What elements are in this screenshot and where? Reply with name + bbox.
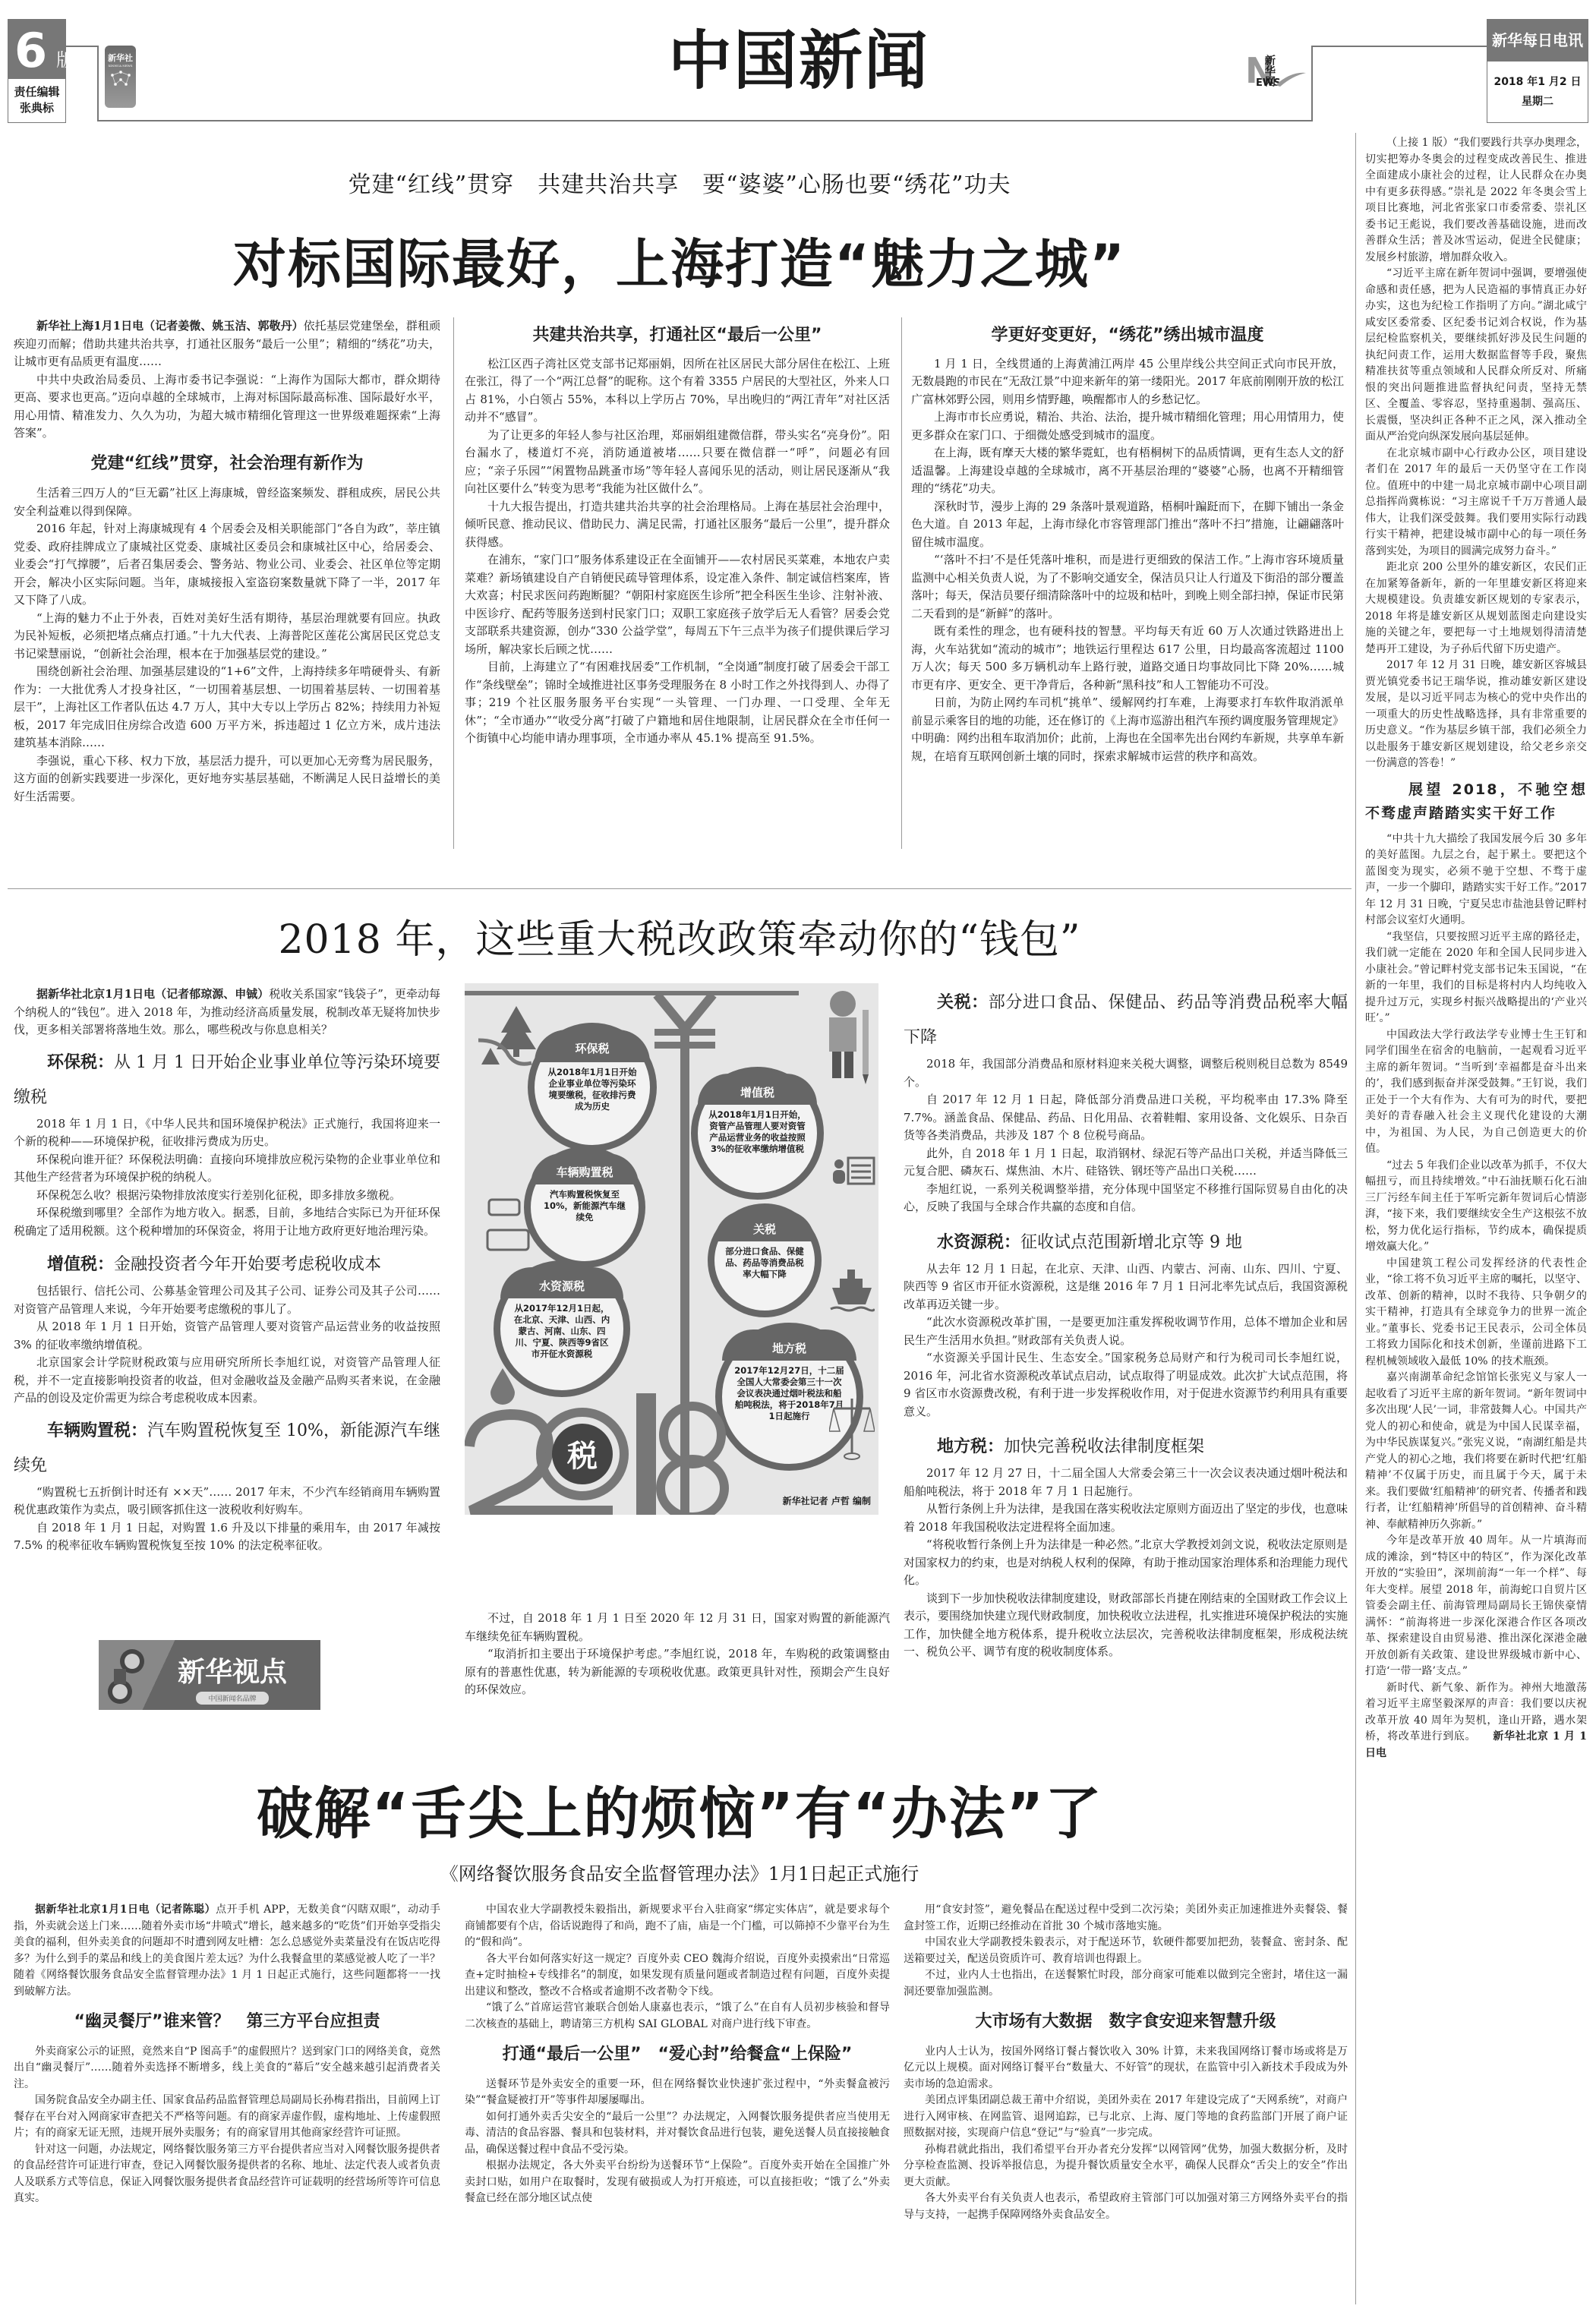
masthead-divider: [66, 46, 98, 47]
xinhua-logo: 新华社 XINHUA NEWS: [105, 46, 136, 108]
svg-text:税: 税: [566, 1438, 598, 1474]
right-column-subhead: 展望 2018，不驰空想不骛虚声踏踏实实干好工作: [1365, 778, 1587, 825]
story1-col1: 新华社上海1月1日电（记者姜微、姚玉洁、郭敬丹）依托基层党建堡垒，群租顽疾迎刃而…: [14, 317, 440, 806]
bubble-tariff: 关税 部分进口食品、保健品、药品等消费品税率大幅下降: [708, 1203, 822, 1317]
dateline: 新华社上海1月1日电（记者姜微、姚玉洁、郭敬丹）: [36, 319, 304, 333]
story3-subhead-1: “幽灵餐厅”谁来管？ 第三方平台应担责: [14, 2014, 440, 2030]
story2-col2: 不过，自 2018 年 1 月 1 日至 2020 年 12 月 31 日，国家…: [465, 1610, 890, 1699]
bubble-env-tax: 环保税 从2018年1月1日开始企业事业单位等污染环境要缴税，征收排污费成为历史: [528, 1023, 657, 1152]
story2-headline: 2018 年，这些重大税改政策牵动你的“钱包”: [0, 907, 1359, 964]
network-icon: [108, 68, 134, 90]
tax-head-local: 地方税：加快完善税收法律制度框架: [904, 1430, 1348, 1465]
binoculars-icon: [105, 1646, 150, 1704]
story3-col2: 中国农业大学副教授朱毅指出，新规要求平台入驻商家“绑定实体店”，就是要求每个商铺…: [465, 1902, 890, 2207]
column-rule: [453, 317, 454, 849]
story1-headline: 对标国际最好，上海打造“魅力之城”: [0, 222, 1359, 298]
tax-head-tariff: 关税：部分进口食品、保健品、药品等消费品税率大幅下降: [904, 986, 1348, 1055]
story1-subhead-1: 党建“红线”贯穿，社会治理有新作为: [14, 455, 440, 473]
tax-head-vat: 增值税：金融投资者今年开始要考虑税收成本: [14, 1247, 440, 1282]
infographic-credit: 新华社记者 卢哲 编制: [783, 1494, 871, 1507]
column-rule: [1355, 133, 1356, 2304]
masthead-rule: [97, 120, 1312, 121]
dateline: 据新华社北京1月1日电（记者郁琼源、申铖）: [36, 987, 269, 1001]
column-rule: [901, 317, 902, 849]
page-number-box: 6 版 责任编辑 张典标: [8, 19, 66, 123]
page-suffix: 版: [56, 45, 74, 71]
story3-col3: 用“食安封签”，避免餐品在配送过程中受到二次污染；美团外卖正加速推进外卖餐袋、餐…: [904, 1902, 1348, 2223]
story3-col1: 据新华社北京1月1日电（记者陈聪）点开手机 APP，无数美食“闪瞎双眼”，动动手…: [14, 1902, 440, 2207]
bubble-vat: 增值税 从2018年1月1日开始，资管产品管理人要对资管产品运营业务的收益按照3…: [691, 1067, 824, 1200]
scales-icon: [829, 1397, 875, 1462]
paper-date-box: 新华每日电讯 2018 年1 月2 日 星期二: [1487, 19, 1588, 123]
story3-subhead-3: 大市场有大数据 数字食安迎来智慧升级: [904, 2014, 1348, 2030]
tax-head-car: 车辆购置税：汽车购置税恢复至 10%，新能源汽车继续免: [14, 1414, 440, 1484]
xinhuanet-logo: N 新华网 EWS: [1245, 53, 1281, 89]
editor-label: 责任编辑: [8, 84, 65, 100]
section-rule: [8, 888, 1352, 889]
story1-col3: 学更好变更好，“绣花”绣出城市温度 1 月 1 日，全线贯通的上海黄浦江两岸 4…: [911, 326, 1344, 765]
editor-name: 张典标: [8, 100, 65, 116]
page-number: 6: [14, 27, 47, 74]
section-title: 中国新闻: [668, 23, 929, 99]
bubble-car-tax: 车辆购置税 汽车购置税恢复至10%，新能源汽车继续免: [524, 1147, 645, 1268]
swoosh-icon: [1276, 71, 1306, 87]
tax-infographic: 环保税 从2018年1月1日开始企业事业单位等污染环境要缴税，征收排污费成为历史…: [465, 983, 878, 1515]
story3-subhead-2: 打通“最后一公里” “爱心封”给餐盒“上保险”: [465, 2046, 890, 2063]
story1-col2: 共建共治共享，打通社区“最后一公里” 松江区西子湾社区党支部书记郑丽娟，因所在社…: [465, 326, 890, 748]
masthead-divider: [97, 46, 99, 121]
story1-kicker: 党建“红线”贯穿 共建共治共享 要“婆婆”心肠也要“绣花”功夫: [0, 166, 1359, 199]
story2-col3: 关税：部分进口食品、保健品、药品等消费品税率大幅下降 2018 年，我国部分消费…: [904, 986, 1348, 1661]
car-icon: [486, 1192, 531, 1260]
tax-head-env: 环保税：从 1 月 1 日开始企业事业单位等污染环境要缴税: [14, 1046, 440, 1115]
xinhua-viewpoint-banner[interactable]: 新华视点 中国新闻名品牌: [99, 1640, 320, 1710]
masthead-divider: [1311, 46, 1487, 47]
right-column-continued: （上接 1 版）“我们要践行共享办奥理念，切实把筹办冬奥会的过程变成改善民生、推…: [1365, 135, 1587, 2307]
tax-head-water: 水资源税：征收试点范围新增北京等 9 地: [904, 1225, 1348, 1260]
paper-name: 新华每日电讯: [1487, 20, 1588, 62]
story3-subtitle: 《网络餐饮服务食品安全监督管理办法》1月1日起正式施行: [0, 1859, 1359, 1885]
businessman-cartoon-icon: [822, 987, 875, 1090]
year-2018-graphic: 税: [465, 1393, 738, 1515]
story1-subhead-2: 共建共治共享，打通社区“最后一公里”: [465, 326, 890, 345]
person-list-icon: [831, 1156, 877, 1187]
story3-headline: 破解“舌尖上的烦恼”有“办法”了: [0, 1769, 1359, 1850]
banner-subtitle: 中国新闻名品牌: [196, 1692, 268, 1705]
ship-icon: [829, 1268, 875, 1317]
issue-weekday: 星期二: [1487, 92, 1588, 112]
story2-col1: 据新华社北京1月1日电（记者郁琼源、申铖）税收关系国家“钱袋子”，更牵动每个纳税…: [14, 986, 440, 1555]
masthead-divider: [1311, 46, 1313, 121]
tree-icon: [478, 1002, 539, 1078]
issue-date: 2018 年1 月2 日: [1487, 72, 1588, 92]
dateline: 据新华社北京1月1日电（记者陈聪）: [35, 1904, 216, 1916]
story1-subhead-3: 学更好变更好，“绣花”绣出城市温度: [911, 326, 1344, 345]
